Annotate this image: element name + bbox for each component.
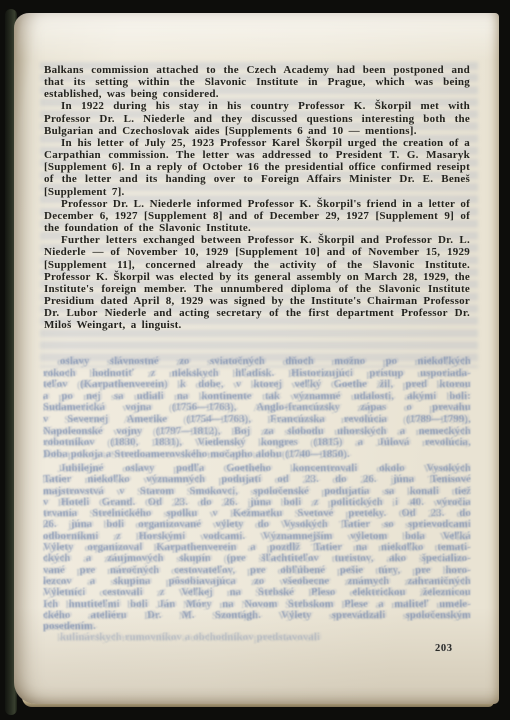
ghost-text-block: oslavy slávnostné zo sviatočných dňoch m…	[43, 356, 471, 460]
ghost-line: majstrovstvá v Starom Smokovci, spoločen…	[43, 486, 471, 497]
paragraph: Further letters exchanged between Profes…	[44, 234, 470, 331]
scanned-book-photo: Balkans commission attached to the Czech…	[0, 0, 510, 720]
ghost-line: oslavy slávnostné zo sviatočných dňoch m…	[43, 356, 471, 368]
ghost-line: Sudamerická vojna (1756—1763), Anglo-fra…	[43, 402, 471, 414]
page-text: Balkans commission attached to the Czech…	[44, 64, 470, 331]
page-number: 203	[435, 643, 453, 654]
ghost-text-block: Jubilejné oslavy podľa Goetheho koncentr…	[43, 463, 471, 644]
ghost-line: ckého ateliéru Dr. M. Szontágh. Výlety s…	[43, 610, 471, 621]
ghost-line: v Severnej Amerike (1754—1763), Francúzs…	[43, 414, 471, 426]
ghost-line: posedením.	[43, 621, 471, 632]
ghost-line: vané pre náročných cestovateľov, pre obľ…	[43, 565, 471, 576]
ghost-line: Jubilejné oslavy podľa Goetheho koncentr…	[43, 463, 471, 474]
ghost-line: rokoch hodnotiť z nlekskych hľadísk. His…	[43, 368, 471, 380]
paragraph: Balkans commission attached to the Czech…	[44, 64, 470, 100]
ghost-line: Ich hnutiteľmi boli Ján Móry na Novom Št…	[43, 599, 471, 610]
ghost-line: teľov (Karpathenverein) k dobe, v ktorej…	[43, 379, 471, 391]
ghost-line: ckých a záujmových skupín (pre šľachtite…	[43, 553, 471, 564]
paragraph: Professor Dr. L. Niederle informed Profe…	[44, 198, 470, 234]
paragraph: In 1922 during his stay in his country P…	[44, 100, 470, 136]
ghost-line: trvania Strelnického spolku v Kežmarku S…	[43, 508, 471, 519]
ghost-line: Tatier niekoľko významných podujatí od 2…	[43, 474, 471, 485]
ghost-line: Výletníci cestovali z Veľkej na Štrbské …	[43, 587, 471, 598]
paragraph: In his letter of July 25, 1923 Professor…	[44, 137, 470, 198]
ghost-line: odborníkmi z Horskými vodcami. Významnej…	[43, 531, 471, 542]
ghost-line: lezcov a skupina pôsobiavajúca zo všeobe…	[43, 576, 471, 587]
ghost-line: Doba pokoja a Stredoamerovského močapho …	[43, 449, 471, 461]
ghost-line: v Hoteli Grand. Od 23. do 26. júna boli …	[43, 497, 471, 508]
book-page: Balkans commission attached to the Czech…	[14, 13, 499, 704]
ghost-line: kulinárskych rumovníkov a obchodníkov pr…	[43, 632, 471, 643]
ghost-line: robotníkov (1830, 1831), Viedenský kongr…	[43, 437, 471, 449]
ghost-line: Výlety organizoval Karpathenverein a poz…	[43, 542, 471, 553]
ghost-line: Napoleonské vojny (1797—1812), Boj za sl…	[43, 426, 471, 438]
ghost-line: 26. júna boli organizované výlety do Vys…	[43, 519, 471, 530]
ghost-line: a po nej sa udiali na kontinente tak výz…	[43, 391, 471, 403]
